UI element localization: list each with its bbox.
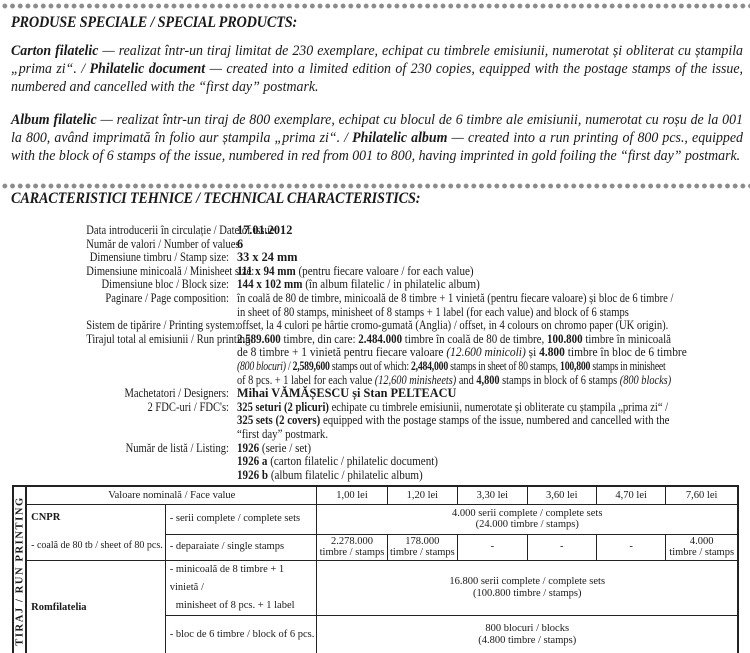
spec-label: Număr de listă / Listing: [86, 442, 229, 483]
text: (800 blocks) [620, 373, 671, 387]
text: “first day” postmark. [237, 428, 670, 442]
face-value-row: TIRAJ / RUN PRINTING Valoare nominală / … [13, 486, 738, 504]
run-total: 2.589.600 [237, 332, 281, 346]
special-products-heading: PRODUSE SPECIALE / SPECIAL PRODUCTS: [11, 14, 297, 32]
text: (800 blocuri) [237, 359, 286, 373]
unit: timbre / stamps [668, 547, 735, 559]
spec-row-run-printing: Tirajul total al emisiunii / Run printin… [0, 333, 750, 387]
run-block: 4.800 [539, 345, 565, 359]
text: timbre în bloc de 6 timbre [565, 345, 687, 359]
text: de 8 timbre + 1 vinietă pentru fiecare v… [237, 345, 446, 359]
spec-row-values: Număr de valori / Number of values:6 [0, 238, 750, 252]
text: stamps out of which: [330, 359, 411, 373]
carton-title-ro: Carton filatelic [11, 42, 98, 59]
spec-row-stamp-size: Dimensiune timbru / Stamp size:33 x 24 m… [0, 251, 750, 265]
spec-label: Paginare / Page composition: [86, 292, 229, 319]
run-printing-side-label-cell: TIRAJ / RUN PRINTING [13, 486, 26, 653]
spec-row-designers: Machetatori / Designers:Mihai VĂMĂȘESCU … [0, 387, 750, 401]
count: 2.278.000 [319, 536, 384, 548]
face-value-header: Valoare nominală / Face value [26, 486, 317, 504]
dotted-separator-top [0, 3, 750, 9]
cnpr-cell: CNPR - coală de 80 tb / sheet of 80 pcs. [26, 504, 165, 560]
cnpr-single-2: 178.000timbre / stamps [387, 534, 458, 560]
spec-value: 33 x 24 mm [237, 250, 297, 264]
text: (serie / set) [259, 441, 311, 455]
face-value-5: 4,70 lei [596, 486, 665, 504]
value-line: 16.800 serii complete / complete sets [319, 576, 735, 588]
text: / [286, 359, 293, 373]
text: stamps in minisheet [590, 359, 665, 373]
cnpr-sets-value: 4.000 serii complete / complete sets(24.… [317, 504, 738, 534]
spec-value-note: (în album filatelic / in philatelic albu… [302, 277, 479, 291]
unit: timbre / stamps [319, 547, 384, 559]
text: stamps in sheet of 80 stamps, [448, 359, 560, 373]
spec-label: Sistem de tipărire / Printing system: [86, 319, 229, 333]
text: stamps in block of 6 stamps [500, 373, 620, 387]
run-total-en: 2,589,600 [293, 359, 330, 373]
count: - [530, 541, 594, 553]
cnpr-single-1: 2.278.000timbre / stamps [317, 534, 387, 560]
face-value-1: 1,00 lei [317, 486, 387, 504]
text: (12,600 minisheets) [375, 373, 456, 387]
run-block-en: 4,800 [476, 373, 499, 387]
fdc-sets-en: 325 sets (2 covers) [237, 413, 320, 427]
spec-value: în coală de 80 de timbre, minicoală de 8… [237, 292, 660, 306]
value-line: 800 blocuri / blocks [319, 623, 735, 635]
text: timbre, din care: [281, 332, 358, 346]
spec-value: 1926 (serie / set) 1926 a (carton filate… [237, 442, 729, 483]
text: timbre în coală de 80 de timbre, [402, 332, 547, 346]
spec-label: Dimensiune timbru / Stamp size: [86, 251, 229, 265]
spec-row-block-size: Dimensiune bloc / Block size:144 x 102 m… [0, 278, 750, 292]
album-filatelic-paragraph: Album filatelic — realizat într-un tiraj… [11, 111, 743, 165]
spec-row-listing: Număr de listă / Listing: 1926 (serie / … [0, 442, 750, 483]
romfilatelia-minisheet-value: 16.800 serii complete / complete sets(10… [317, 560, 738, 615]
text: and [456, 373, 476, 387]
spec-row-minisheet-size: Dimensiune minicoală / Minisheet size:11… [0, 265, 750, 279]
count: 178.000 [390, 536, 456, 548]
spec-row-fdc: 2 FDC-uri / FDC's: 325 seturi (2 plicuri… [0, 401, 750, 442]
face-value-3: 3,30 lei [458, 486, 527, 504]
cnpr-single-4: - [527, 534, 596, 560]
cnpr-sets-value-line: 4.000 serii complete / complete sets [319, 508, 735, 520]
spec-row-printing-system: Sistem de tipărire / Printing system:off… [0, 319, 750, 333]
value-line: (100.800 timbre / stamps) [319, 588, 735, 600]
run-sheet-en: 2,484,000 [411, 359, 448, 373]
romfilatelia-minisheet-row: Romfilatelia - minicoală de 8 timbre + 1… [13, 560, 738, 615]
technical-characteristics-heading: CARACTERISTICI TEHNICE / TECHNICAL CHARA… [11, 190, 420, 208]
cnpr-single-3: - [458, 534, 527, 560]
technical-spec-list: Data introducerii în circulație / Date o… [0, 224, 750, 482]
text: și [526, 345, 539, 359]
spec-value: 144 x 102 mm [237, 277, 302, 291]
value-line: (4.800 timbre / stamps) [319, 635, 735, 647]
text: (12.600 minicoli) [446, 345, 525, 359]
album-title-en: Philatelic album [352, 129, 447, 146]
cnpr-sets-row: CNPR - coală de 80 tb / sheet of 80 pcs.… [13, 504, 738, 534]
romfilatelia-block-value: 800 blocuri / blocks(4.800 timbre / stam… [317, 615, 738, 653]
spec-label: Număr de valori / Number of values: [86, 238, 229, 252]
cnpr-sets-label: - serii complete / complete sets [165, 504, 317, 534]
spec-value: in sheet of 80 stamps, minisheet of 8 st… [237, 306, 660, 320]
label-line: - minicoală de 8 timbre + 1 vinietă / [170, 561, 315, 597]
cnpr-name: CNPR [31, 512, 163, 524]
label-line: minisheet of 8 pcs. + 1 label [170, 597, 315, 615]
count: - [599, 541, 663, 553]
romfilatelia-name: Romfilatelia [26, 560, 165, 653]
romfilatelia-minisheet-label: - minicoală de 8 timbre + 1 vinietă /min… [165, 560, 317, 615]
spec-label: Machetatori / Designers: [86, 387, 229, 401]
run-minisheet: 100.800 [547, 332, 583, 346]
cnpr-sets-value-line: (24.000 timbre / stamps) [319, 519, 735, 531]
run-minisheet-en: 100,800 [560, 359, 590, 373]
text: timbre în minicoală [583, 332, 671, 346]
fdc-sets-ro: 325 seturi (2 plicuri) [237, 400, 329, 414]
face-value-2: 1,20 lei [387, 486, 458, 504]
spec-label: Dimensiune minicoală / Minisheet size: [86, 265, 229, 279]
cnpr-singles-label: - deparaiate / single stamps [165, 534, 317, 560]
spec-value-note: (pentru fiecare valoare / for each value… [296, 264, 474, 278]
text: (album filatelic / philatelic album) [268, 468, 423, 482]
carton-filatelic-paragraph: Carton filatelic — realizat într-un tira… [11, 42, 743, 96]
spec-value: 111 x 94 mm [237, 264, 296, 278]
face-value-4: 3,60 lei [527, 486, 596, 504]
spec-row-page-composition: Paginare / Page composition:în coală de … [0, 292, 750, 319]
cnpr-single-6: 4.000timbre / stamps [666, 534, 738, 560]
text: equipped with the postage stamps of the … [320, 413, 669, 427]
run-printing-table: TIRAJ / RUN PRINTING Valoare nominală / … [12, 485, 739, 653]
cnpr-single-5: - [596, 534, 665, 560]
spec-label: Tirajul total al emisiunii / Run printin… [86, 333, 229, 387]
spec-label: Dimensiune bloc / Block size: [86, 278, 229, 292]
listing-number: 1926 [237, 441, 259, 455]
spec-value: 325 seturi (2 plicuri) echipate cu timbr… [237, 401, 729, 442]
spec-value: offset, la 4 culori pe hârtie cromo-guma… [237, 319, 660, 333]
listing-number: 1926 b [237, 468, 268, 482]
text: echipate cu timbrele emisiunii, numerota… [329, 400, 668, 414]
album-title-ro: Album filatelic [11, 111, 97, 128]
carton-title-en: Philatelic document [90, 60, 206, 77]
count: - [460, 541, 524, 553]
listing-number: 1926 a [237, 454, 267, 468]
text: of 8 pcs. + 1 label for each value [237, 373, 375, 387]
spec-value: Mihai VĂMĂȘESCU și Stan PELTEACU [237, 386, 456, 400]
spec-value: 2.589.600 timbre, din care: 2.484.000 ti… [237, 333, 729, 387]
spec-row-date: Data introducerii în circulație / Date o… [0, 224, 750, 238]
dotted-separator-middle [0, 183, 750, 189]
run-sheet: 2.484.000 [358, 332, 402, 346]
unit: timbre / stamps [390, 547, 456, 559]
romfilatelia-block-label: - bloc de 6 timbre / block of 6 pcs. [165, 615, 317, 653]
count: 4.000 [668, 536, 735, 548]
spec-label: Data introducerii în circulație / Date o… [86, 224, 229, 238]
cnpr-sub: - coală de 80 tb / sheet of 80 pcs. [31, 540, 163, 552]
spec-label: 2 FDC-uri / FDC's: [86, 401, 229, 442]
face-value-6: 7,60 lei [666, 486, 738, 504]
text: (carton filatelic / philatelic document) [267, 454, 438, 468]
run-printing-side-label: TIRAJ / RUN PRINTING [14, 496, 26, 646]
